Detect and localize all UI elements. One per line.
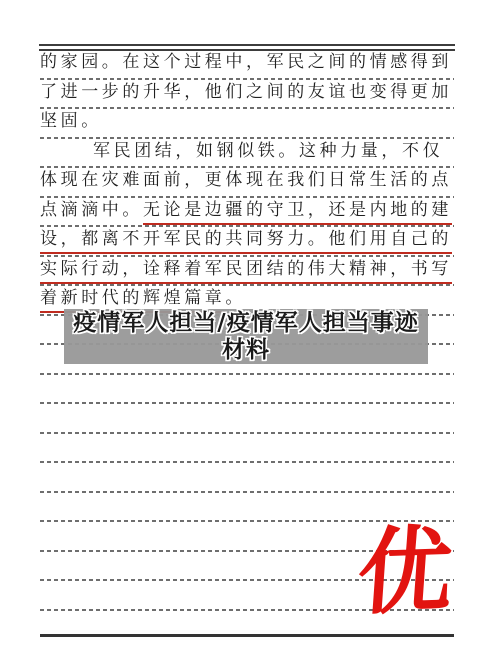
rule-line: [40, 461, 454, 463]
essay-line: 实际行动，诠释着军民团结的伟大精神，书写: [40, 257, 454, 284]
page-bottom-border: [40, 634, 454, 637]
essay-text-segment: 坚固。: [40, 109, 102, 134]
essay-text-segment: 点滴滴中。: [40, 198, 143, 223]
essay-line: 设，都离不开军民的共同努力。他们用自己的: [40, 227, 454, 254]
rule-line: [40, 373, 454, 375]
essay-line: 了进一步的升华，他们之间的友谊也变得更加: [40, 80, 454, 107]
essay-line: 体现在灾难面前，更体现在我们日常生活的点: [40, 168, 454, 195]
rule-line: [40, 402, 454, 404]
grade-mark-excellent: 优: [346, 522, 463, 626]
essay-text-segment: 。: [225, 286, 246, 311]
essay-text-segment: 了进一步的升华，他们之间的友谊也变得更加: [40, 80, 452, 105]
essay-text-segment: 军民团结，如钢似铁。这种力量，不仅: [93, 139, 443, 164]
notebook-page: 的家园。在这个过程中，军民之间的情感得到 了进一步的升华，他们之间的友谊也变得更…: [0, 0, 500, 668]
essay-text-segment-underlined: 设，都离不开军民的共同努力。他们用自己的: [40, 227, 452, 254]
essay-line: 的家园。在这个过程中，军民之间的情感得到: [40, 50, 454, 77]
essay-text-segment: 体现在灾难面前，更体现在我们日常生活的点: [40, 168, 452, 193]
essay-line: 点滴滴中。无论是边疆的守卫，还是内地的建: [40, 198, 454, 225]
essay-text-segment: 的家园。在这个过程中，军民之间的情感得到: [40, 50, 452, 75]
essay-line: 军民团结，如钢似铁。这种力量，不仅: [40, 139, 500, 166]
essay-line: 坚固。: [40, 109, 454, 136]
rule-line: [40, 432, 454, 434]
page-title: 疫情军人担当/疫情军人担当事迹材料: [64, 310, 428, 364]
rule-line: [40, 491, 454, 493]
essay-text-segment-underlined: 实际行动，诠释着军民团结的伟大精神，书写: [40, 257, 452, 284]
title-overlay: 疫情军人担当/疫情军人担当事迹材料: [64, 309, 428, 364]
essay-text-segment-underlined: 无论是边疆的守卫，还是内地的建: [143, 198, 452, 225]
